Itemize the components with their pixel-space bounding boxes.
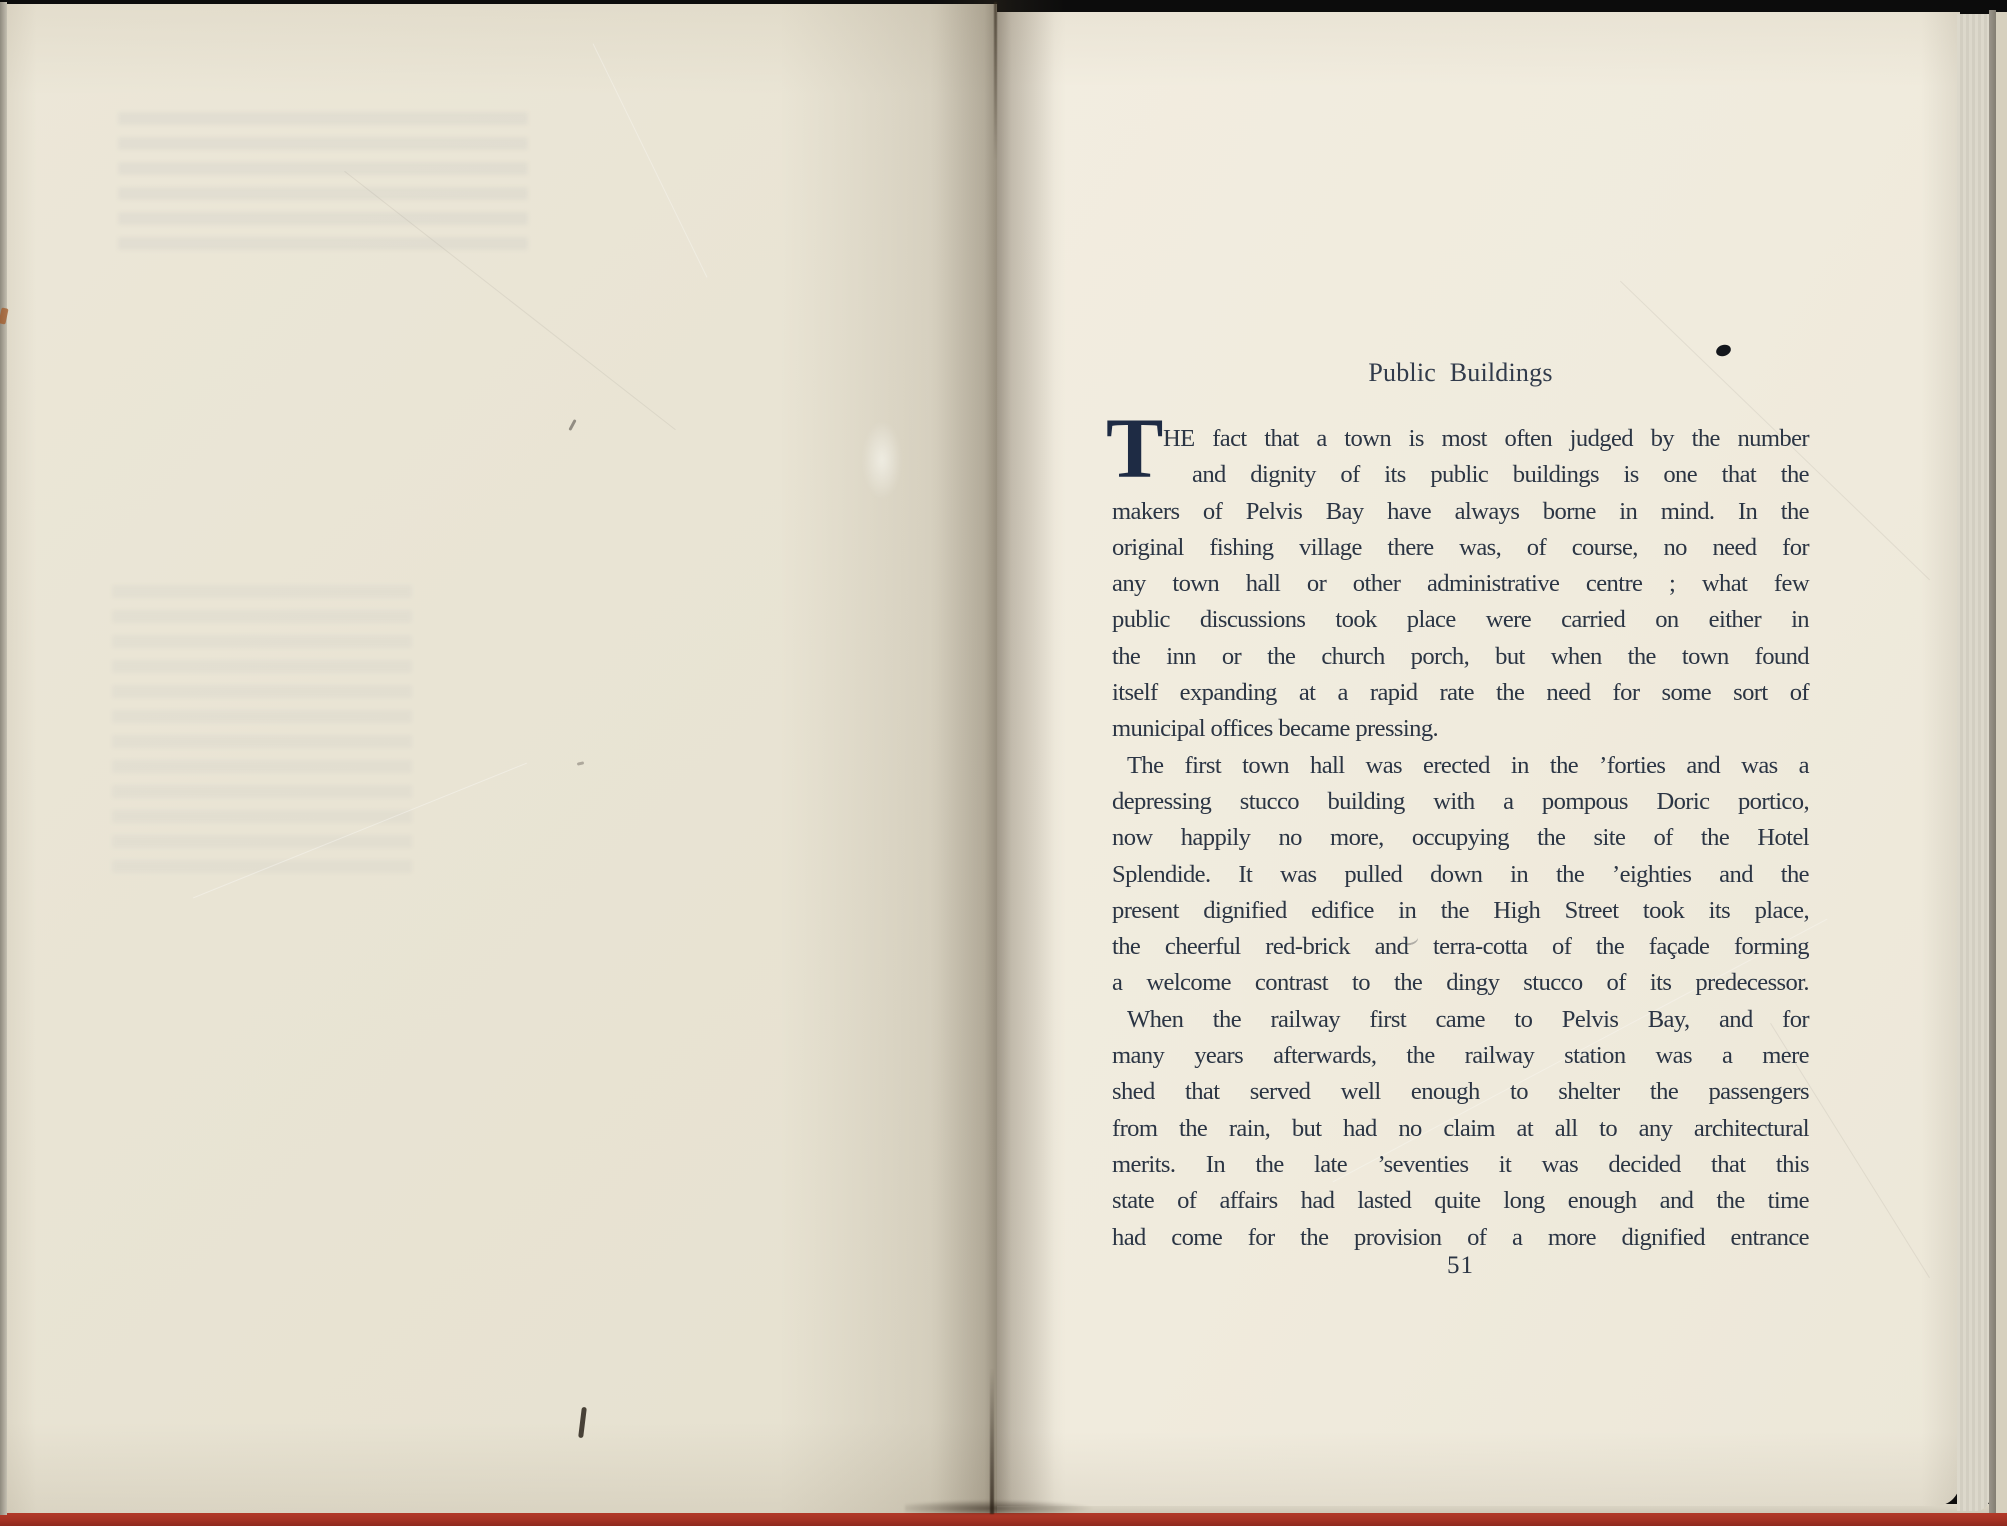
- fore-edge-shadow-line: [1989, 10, 1996, 1513]
- text-line: merits. In the late ’seventies it was de…: [1112, 1147, 1809, 1183]
- fore-edge-outer-strip: [1996, 12, 2007, 1513]
- text-line: HE fact that a town is most often judged…: [1112, 421, 1809, 457]
- text-line: municipal offices became pressing.: [1112, 711, 1809, 747]
- text-line: shed that served well enough to shelter …: [1112, 1074, 1809, 1110]
- gutter-crease-top: [994, 2, 997, 160]
- left-page-outer-edge: [0, 2, 7, 1515]
- gutter-bottom-smudge: [905, 1500, 1095, 1514]
- text-line: itself expanding at a rapid rate the nee…: [1112, 675, 1809, 711]
- text-line: state of affairs had lasted quite long e…: [1112, 1183, 1809, 1219]
- gutter-crease-bottom: [990, 1368, 994, 1514]
- text-line: had come for the provision of a more dig…: [1112, 1220, 1809, 1256]
- text-line: the cheerful red-brick and terra-cotta o…: [1112, 929, 1809, 965]
- body-text: HE fact that a town is most often judged…: [1112, 421, 1809, 1256]
- text-line: original fishing village there was, of c…: [1112, 530, 1809, 566]
- text-line: When the railway first came to Pelvis Ba…: [1112, 1002, 1809, 1038]
- text-line: The first town hall was erected in the ’…: [1112, 748, 1809, 784]
- text-line: makers of Pelvis Bay have always borne i…: [1112, 494, 1809, 530]
- page-number: 51: [1112, 1252, 1809, 1280]
- text-line: present dignified edifice in the High St…: [1112, 893, 1809, 929]
- text-line: depressing stucco building with a pompou…: [1112, 784, 1809, 820]
- text-line: public discussions took place were carri…: [1112, 602, 1809, 638]
- book-cover-red-edge: [0, 1513, 2007, 1526]
- text-line: any town hall or other administrative ce…: [1112, 566, 1809, 602]
- paper-wrinkle: [862, 420, 902, 500]
- text-line: from the rain, but had no claim at all t…: [1112, 1111, 1809, 1147]
- text-line: a welcome contrast to the dingy stucco o…: [1112, 965, 1809, 1001]
- fore-edge-pages: [1957, 14, 1990, 1511]
- text-line: many years afterwards, the railway stati…: [1112, 1038, 1809, 1074]
- text-line: Splendide. It was pulled down in the ’ei…: [1112, 857, 1809, 893]
- chapter-heading: Public Buildings: [1112, 358, 1809, 388]
- text-line: the inn or the church porch, but when th…: [1112, 639, 1809, 675]
- text-line: now happily no more, occupying the site …: [1112, 820, 1809, 856]
- open-book-photo: Public Buildings T HE fact that a town i…: [0, 0, 2007, 1526]
- left-page: [7, 4, 997, 1513]
- text-line: and dignity of its public buildings is o…: [1112, 457, 1809, 493]
